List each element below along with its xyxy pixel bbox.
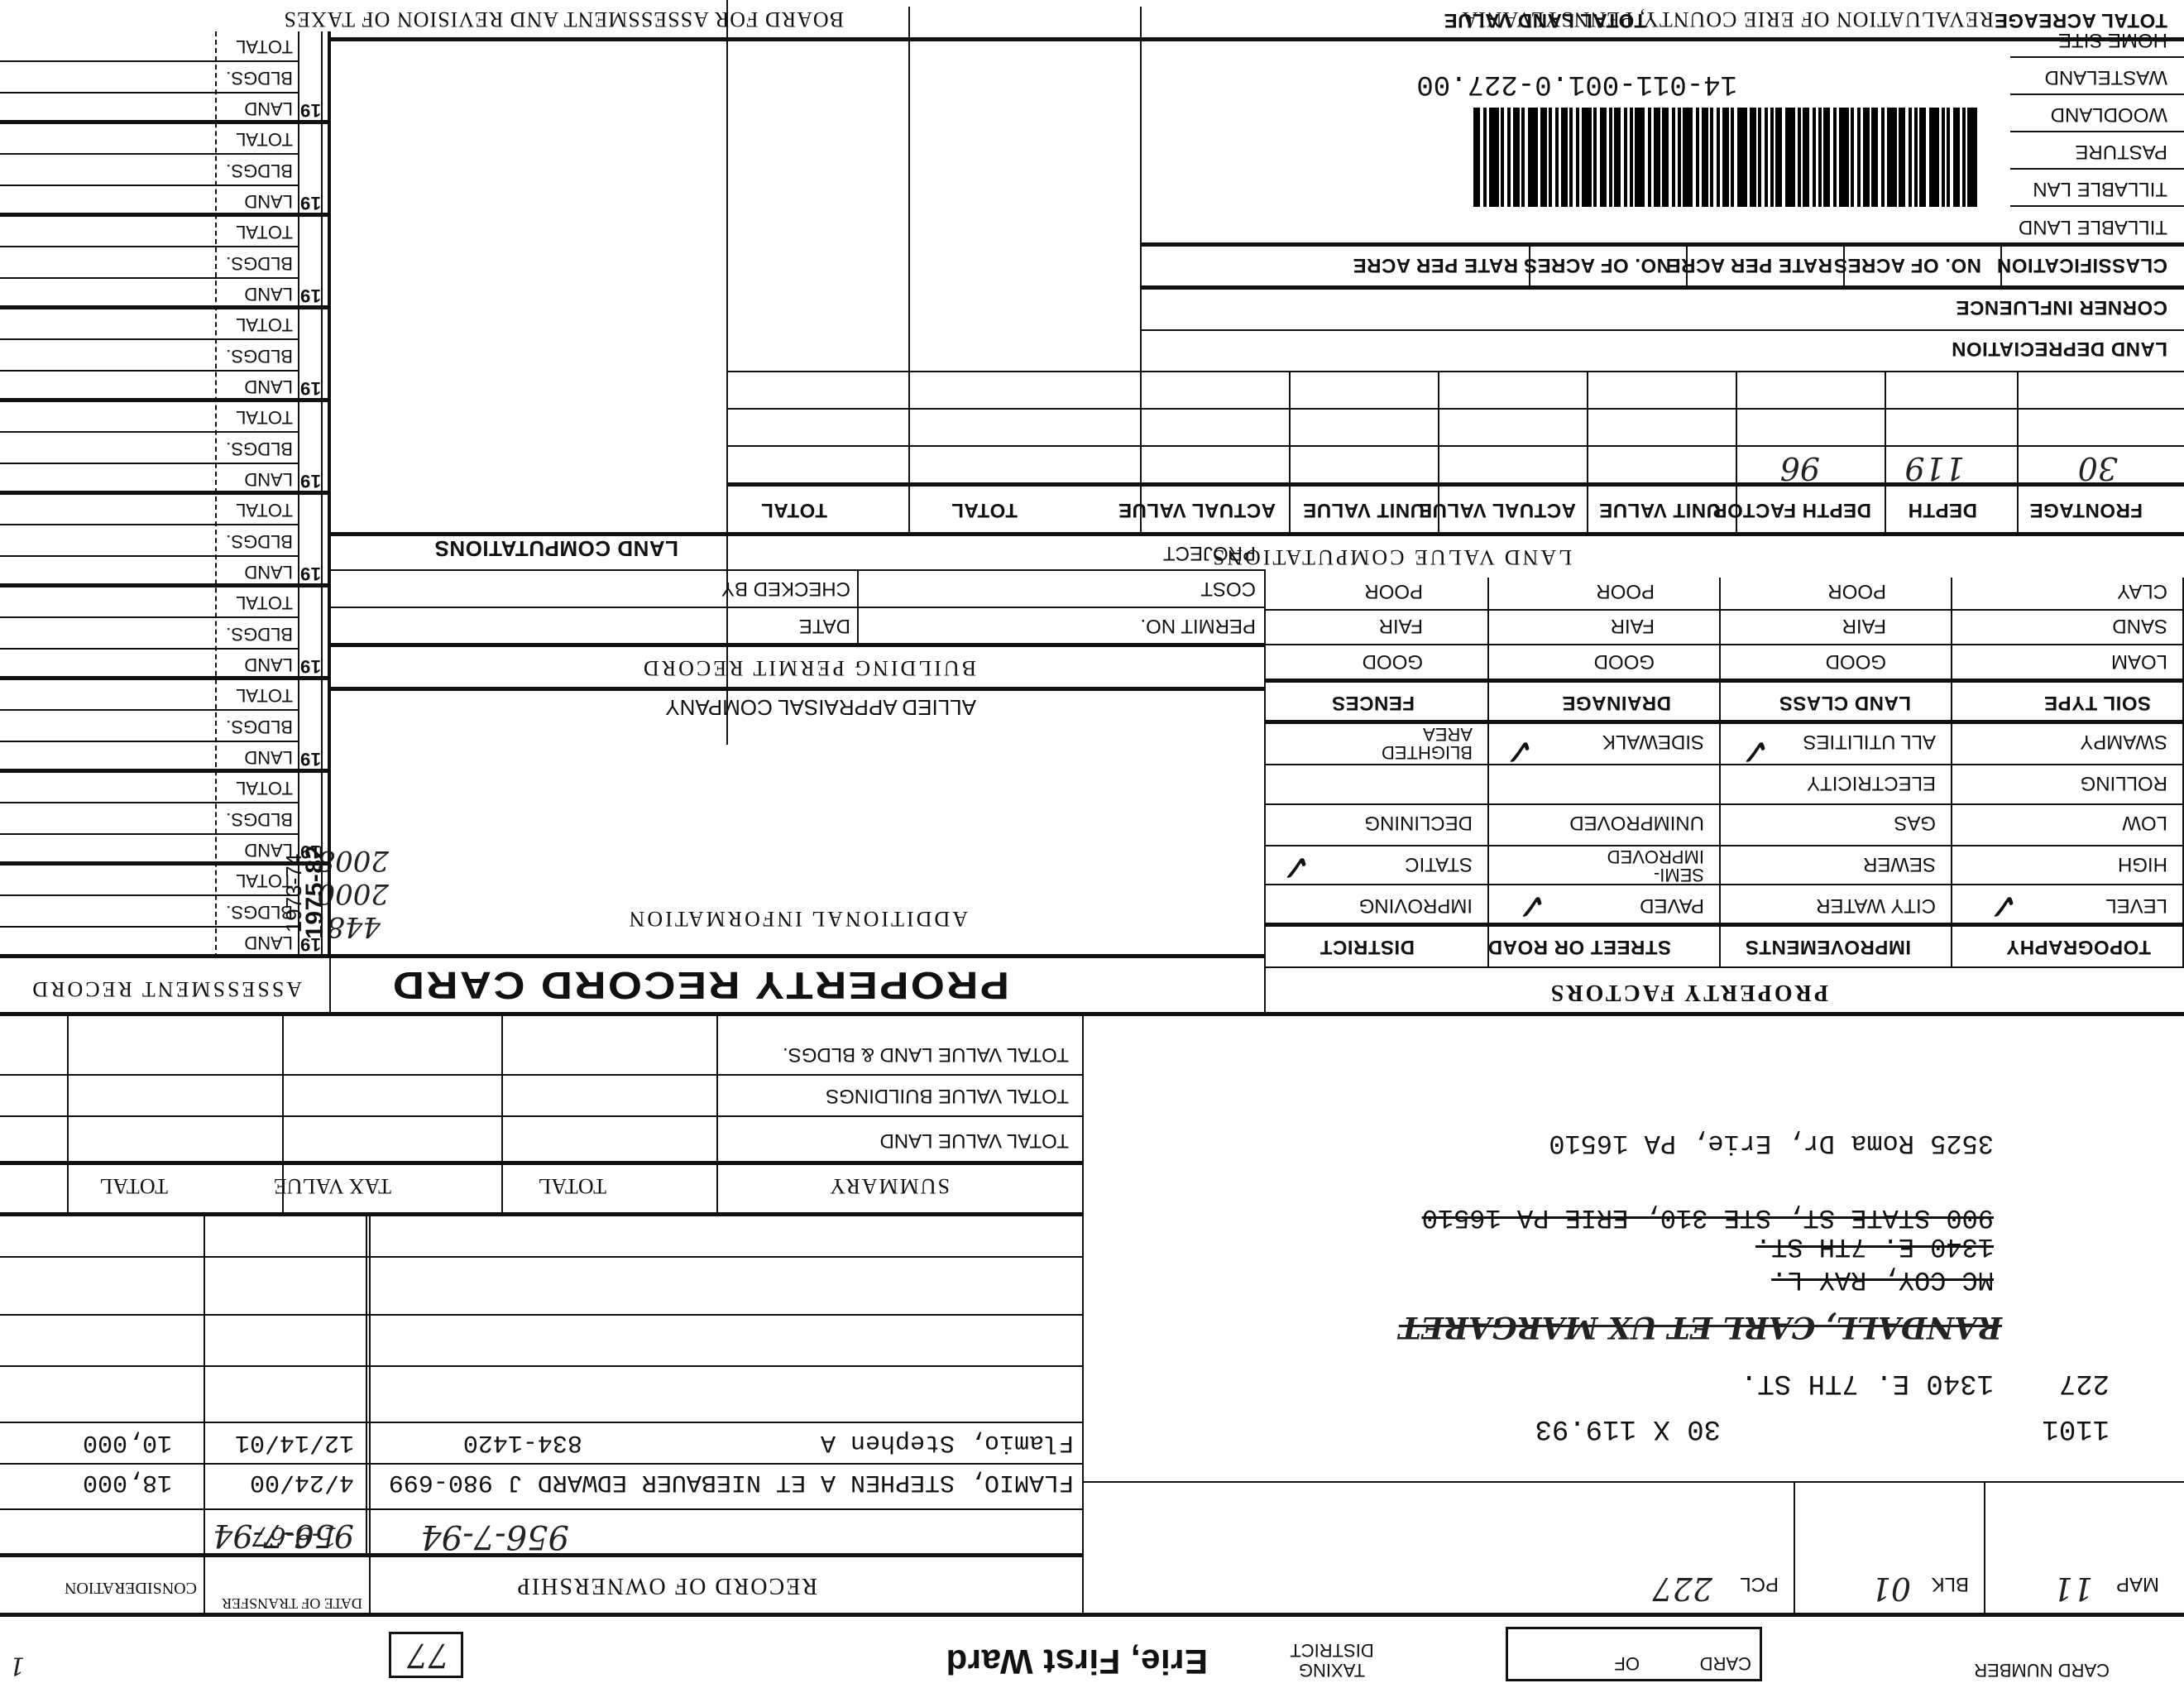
assessment-row-bldgs: BLDGS.	[226, 252, 293, 274]
corner-influence-label: CORNER INFLUENCE	[1956, 295, 2167, 319]
property-factors-grid: TOPOGRAPHY IMPROVEMENTS STREET OR ROAD D…	[1266, 578, 2184, 966]
barcode-bar	[1710, 108, 1713, 207]
pf-header-topography: TOPOGRAPHY	[2006, 935, 2151, 958]
barcode-bar	[1555, 108, 1559, 207]
rate-col-2: RATE PER ACRE	[1353, 253, 1518, 276]
owner-history-3: 900 STATE ST, STE 310, ERIE PA 16510	[1422, 1202, 1994, 1233]
parcel-box: MAP 11 BLK 01 PCL 227	[1084, 1483, 2184, 1615]
barcode-bar	[1683, 108, 1693, 207]
allied-appraisal-company: ALLIED APPRAISAL COMPANY	[665, 694, 976, 720]
barcode-bar	[1953, 108, 1960, 207]
taxing-district-label: TAXING DISTRICT	[1274, 1640, 1390, 1680]
drainage-fair: FAIR	[1611, 614, 1655, 637]
acres-col-1: NO. OF ACRES	[1834, 253, 1981, 276]
assessment-year-prefix: 19	[300, 192, 321, 213]
assessment-row-land: LAND	[244, 654, 293, 675]
barcode-bar	[1909, 108, 1912, 207]
pf-header-improvements: IMPROVEMENTS	[1745, 935, 1911, 958]
parcel-barcode	[1324, 108, 1977, 207]
lvc-col-unit-value-2: UNIT VALUE	[1303, 498, 1425, 521]
barcode-bar	[1851, 108, 1854, 207]
barcode-bar	[1624, 108, 1627, 207]
pf-all-utilities: ALL UTILITIES	[1803, 730, 1937, 753]
summary-col-total-2: TOTAL	[99, 1173, 168, 1198]
assessment-row-land: LAND	[244, 561, 293, 583]
barcode-bar	[1696, 108, 1699, 207]
barcode-bar	[1654, 108, 1660, 207]
barcode-bar	[1473, 108, 1480, 207]
assessment-year-prefix: 19	[300, 470, 321, 492]
land-computations-title: LAND COMPUTATIONS	[434, 535, 678, 561]
soil-header-drainage: DRAINAGE	[1562, 691, 1671, 714]
check-icon: ✓	[1516, 885, 1547, 927]
lot-dimensions: 30 X 119.93	[1535, 1412, 1721, 1444]
additional-info-title: ADDITIONAL INFORMATION	[627, 906, 968, 931]
barcode-bar	[1967, 108, 1977, 207]
pf-header-street: STREET OR ROAD	[1487, 935, 1671, 958]
building-permit-title: BUILDING PERMIT RECORD	[641, 655, 976, 680]
assessment-year-prefix: 19	[300, 563, 321, 584]
acres-col-2: NO. OF ACRES	[1524, 253, 1671, 276]
barcode-bar	[1887, 108, 1897, 207]
check-icon: ✓	[1504, 730, 1535, 772]
card-label: CARD	[1700, 1652, 1751, 1674]
card-title: PROPERTY RECORD CARD	[391, 963, 1010, 1008]
pf-high: HIGH	[2118, 852, 2167, 875]
barcode-bar	[1600, 108, 1607, 207]
pf-level: LEVEL	[2105, 894, 2167, 917]
lvc-frontage-value: 30	[2078, 450, 2118, 487]
pcl-label: PCL	[1740, 1572, 1779, 1595]
ownership-row-1-consideration: 18,000	[83, 1468, 172, 1496]
taxing-district-value: Erie, First Ward	[946, 1642, 1208, 1681]
assessment-row-bldgs: BLDGS.	[226, 160, 293, 181]
barcode-bar	[1785, 108, 1795, 207]
barcode-bar	[1521, 108, 1525, 207]
ownership-row-2-date: 12/14/01	[235, 1428, 354, 1456]
land-class-fair: FAIR	[1842, 614, 1886, 637]
barcode-bar	[1513, 108, 1520, 207]
land-depreciation-label: LAND DEPRECIATION	[1952, 337, 2167, 360]
assessment-year-prefix: 19	[300, 99, 321, 121]
barcode-bar	[1823, 108, 1830, 207]
barcode-bar	[1750, 108, 1756, 207]
barcode-bar	[1947, 108, 1950, 207]
district-code: 1101	[2042, 1412, 2110, 1444]
lvc-col-total-2: TOTAL	[761, 498, 827, 521]
handwritten-note-3: 448	[327, 910, 381, 943]
barcode-bar	[1839, 108, 1849, 207]
drainage-poor: POOR	[1596, 579, 1655, 602]
barcode-bar	[1758, 108, 1761, 207]
barcode-bar	[1561, 108, 1568, 207]
property-address: 1340 E. 7TH ST.	[1741, 1367, 1994, 1398]
barcode-bar	[1914, 108, 1918, 207]
barcode-bar	[1775, 108, 1782, 207]
total-acreage-label: TOTAL ACREAGE	[1994, 8, 2167, 31]
pf-static: STATIC	[1405, 852, 1473, 875]
barcode-bar	[1962, 108, 1966, 207]
barcode-bar	[1614, 108, 1621, 207]
pf-gas: GAS	[1894, 811, 1936, 834]
barcode-bar	[1813, 108, 1816, 207]
date-of-transfer-header: DATE OF TRANSFER	[222, 1595, 362, 1612]
barcode-bar	[1593, 108, 1597, 207]
barcode-bar	[1899, 108, 1905, 207]
card-of-box: CARD OF	[1506, 1627, 1762, 1681]
check-icon: ✓	[1740, 730, 1770, 772]
assessment-stamp: 1973-74	[271, 844, 296, 943]
permit-date-label: DATE	[799, 614, 850, 637]
barcode-bar	[1702, 108, 1708, 207]
boxed-number: 77	[389, 1632, 463, 1678]
parcel-number: 227	[2059, 1367, 2110, 1398]
blk-label: BLK	[1932, 1572, 1969, 1595]
ownership-row-0-owner: 956-7-94	[420, 1518, 569, 1556]
total-land-value-label: TOTAL LAND VALUE	[1444, 8, 1646, 31]
barcode-bar	[1549, 108, 1552, 207]
lvc-col-frontage: FRONTAGE	[2029, 498, 2143, 521]
soil-header-land-class: LAND CLASS	[1779, 691, 1911, 714]
property-factors-title: PROPERTY FACTORS	[1549, 979, 1828, 1005]
barcode-bar	[1942, 108, 1945, 207]
lvc-header: FRONTAGE DEPTH DEPTH FACTOR UNIT VALUE A…	[728, 487, 2184, 536]
barcode-bar	[1635, 108, 1645, 207]
summary-row-land: TOTAL VALUE LAND	[879, 1129, 1069, 1152]
assessment-row-bldgs: BLDGS.	[226, 438, 293, 459]
pf-improving: IMPROVING	[1359, 894, 1473, 917]
barcode-bar	[1871, 108, 1878, 207]
fences-poor: POOR	[1364, 579, 1423, 602]
stamp-1973-74: 1973-74	[281, 854, 307, 933]
land-class-poor: POOR	[1827, 579, 1886, 602]
permit-no-label: PERMIT NO.	[1140, 614, 1256, 637]
pf-swampy: SWAMPY	[2080, 730, 2167, 753]
soil-loam: LOAM	[2111, 650, 2167, 673]
lvc-col-total-1: TOTAL	[951, 498, 1018, 521]
assessment-row-total: TOTAL	[236, 684, 293, 706]
lvc-col-depth: DEPTH	[1908, 498, 1977, 521]
assessment-row-bldgs: BLDGS.	[226, 623, 293, 645]
parcel-id-text: 14-011-001.0-227.00	[1416, 68, 1737, 99]
assessment-row-total: TOTAL	[236, 36, 293, 57]
pf-sewer: SEWER	[1863, 852, 1936, 875]
barcode-bar	[1857, 108, 1861, 207]
check-icon: ✓	[1281, 846, 1311, 888]
assessment-year-prefix: 19	[300, 377, 321, 399]
lvc-col-unit-value-1: UNIT VALUE	[1599, 498, 1721, 521]
soil-sand: SAND	[2112, 614, 2167, 637]
barcode-bar	[1770, 108, 1774, 207]
corner-mark: 1	[9, 1651, 25, 1680]
pf-electricity: ELECTRICITY	[1807, 771, 1936, 794]
class-wasteland: WASTELAND	[2045, 65, 2167, 89]
fences-fair: FAIR	[1379, 614, 1423, 637]
property-record-card: CARD NUMBER CARD OF TAXING DISTRICT Erie…	[0, 0, 2184, 1688]
map-label: MAP	[2116, 1572, 2159, 1595]
rate-col-1: RATE PER ACRE	[1667, 253, 1832, 276]
assessment-year-prefix: 19	[300, 285, 321, 306]
barcode-bar	[1528, 108, 1538, 207]
barcode-bar	[1648, 108, 1651, 207]
assessment-row-land: LAND	[244, 190, 293, 212]
barcode-bar	[1540, 108, 1547, 207]
assessment-row-bldgs: BLDGS.	[226, 345, 293, 367]
summary-row-buildings: TOTAL VALUE BUILDINGS	[826, 1084, 1069, 1107]
barcode-bar	[1881, 108, 1885, 207]
barcode-bar	[1803, 108, 1809, 207]
class-tillable-land: TILLABLE LAND	[2019, 215, 2167, 238]
pf-unimproved: UNIMPROVED	[1569, 811, 1704, 834]
pf-blighted-area: BLIGHTED AREA	[1382, 725, 1473, 761]
barcode-bar	[1483, 108, 1487, 207]
ownership-row-0-date: 1-9-67	[252, 1521, 338, 1552]
assessment-record-title: ASSESSMENT RECORD	[30, 976, 302, 1001]
lvc-col-actual-value-2: ACTUAL VALUE	[1118, 498, 1276, 521]
lvc-depth-value: 119	[1904, 450, 1965, 487]
map-value: 11	[2053, 1571, 2093, 1607]
pf-low: LOW	[2122, 811, 2167, 834]
pcl-value: 227	[1652, 1571, 1712, 1607]
assessment-row-total: TOTAL	[236, 314, 293, 335]
summary-col-tax-1: TAX VALUE	[274, 1173, 391, 1198]
pf-header-district: DISTRICT	[1319, 935, 1415, 958]
barcode-bar	[1630, 108, 1633, 207]
soil-clay: CLAY	[2117, 579, 2167, 602]
barcode-bar	[1863, 108, 1870, 207]
assessment-row-bldgs: BLDGS.	[226, 530, 293, 552]
class-tillable-lan: TILLABLE LAN	[2033, 177, 2167, 200]
summary-table: SUMMARY TOTAL TAX VALUE TOTAL TAX VALUE …	[0, 1016, 1082, 1215]
current-mailing-address: 3525 Roma Dr, Erie, PA 16510	[1549, 1128, 1994, 1158]
barcode-bar	[1582, 108, 1592, 207]
assessment-year-prefix: 19	[300, 655, 321, 677]
assessment-row-total: TOTAL	[236, 406, 293, 428]
pf-sidewalk: SIDEWALK	[1602, 730, 1704, 753]
class-pasture: PASTURE	[2075, 140, 2167, 163]
pf-city-water: CITY WATER	[1816, 894, 1936, 917]
pf-rolling: ROLLING	[2081, 771, 2167, 794]
check-icon: ✓	[1988, 885, 2019, 927]
assessment-row-land: LAND	[244, 468, 293, 490]
summary-row-total: TOTAL VALUE LAND & BLDGS.	[783, 1043, 1069, 1066]
assessment-row-bldgs: BLDGS.	[226, 67, 293, 89]
fences-good: GOOD	[1363, 650, 1423, 673]
barcode-bar	[1569, 108, 1573, 207]
of-label: OF	[1614, 1652, 1640, 1674]
permit-cost-label: COST	[1200, 577, 1256, 600]
owner-history-2: 1340 E. 7TH ST.	[1755, 1231, 1994, 1262]
assessment-row-total: TOTAL	[236, 499, 293, 520]
lvc-col-actual-value-1: ACTUAL VALUE	[1419, 498, 1576, 521]
drainage-good: GOOD	[1594, 650, 1655, 673]
permit-checked-by-label: CHECKED BY	[721, 577, 850, 600]
pf-declining: DECLINING	[1364, 811, 1473, 834]
barcode-bar	[1722, 108, 1729, 207]
assessment-row-land: LAND	[244, 746, 293, 768]
ownership-title: RECORD OF OWNERSHIP	[515, 1572, 817, 1599]
summary-header: SUMMARY	[828, 1173, 950, 1198]
barcode-bar	[1501, 108, 1504, 207]
ownership-table: 956-7-94 956-7-94 1-9-67 FLAMIO, STEPHEN…	[0, 1216, 1082, 1556]
owner-history-1: MC COY, RAY L.	[1771, 1264, 1994, 1295]
ownership-row-2-owner: Flamio, Stephen A 834-1420	[463, 1428, 1074, 1456]
barcode-bar	[1576, 108, 1579, 207]
soil-header-type: SOIL TYPE	[2044, 691, 2151, 714]
assessment-row-total: TOTAL	[236, 128, 293, 150]
barcode-bar	[1765, 108, 1768, 207]
barcode-bar	[1737, 108, 1747, 207]
barcode-bar	[1489, 108, 1499, 207]
barcode-bar	[1717, 108, 1720, 207]
ownership-row-2-consideration: 10,000	[83, 1428, 172, 1456]
land-value-computations-title: LAND VALUE COMPUTATIONS	[1210, 544, 1572, 569]
barcode-bar	[1662, 108, 1669, 207]
assessment-row-total: TOTAL	[236, 592, 293, 613]
barcode-bar	[1609, 108, 1612, 207]
assessment-row-land: LAND	[244, 283, 293, 305]
class-woodland: WOODLAND	[2051, 103, 2167, 126]
card-number-label: CARD NUMBER	[1974, 1660, 2110, 1680]
classification-header: CLASSIFICATION NO. OF ACRES RATE PER ACR…	[1142, 247, 2184, 288]
assessment-row-total: TOTAL	[236, 777, 293, 798]
barcode-bar	[1731, 108, 1734, 207]
barcode-bar	[1919, 108, 1926, 207]
pf-paved: PAVED	[1640, 894, 1704, 917]
barcode-bar	[1929, 108, 1939, 207]
assessment-row-land: LAND	[244, 98, 293, 119]
barcode-bar	[1818, 108, 1822, 207]
barcode-bar	[1672, 108, 1675, 207]
assessment-row-bldgs: BLDGS.	[226, 808, 293, 830]
consideration-header: CONSIDERATION	[65, 1578, 197, 1597]
classification-col: CLASSIFICATION	[1996, 253, 2167, 276]
summary-col-total-1: TOTAL	[538, 1173, 606, 1198]
pf-semi-improved: SEMI-IMPROVED	[1605, 847, 1704, 884]
ownership-row-1-owner: FLAMIO, STEPHEN A ET NIEBAUER EDWARD J 9…	[389, 1468, 1074, 1496]
owner-history-0: RANDALL, CARL ET UX MARGARET	[1399, 1310, 2002, 1345]
land-class-good: GOOD	[1826, 650, 1886, 673]
soil-header-fences: FENCES	[1332, 691, 1415, 714]
assessment-row-total: TOTAL	[236, 221, 293, 242]
barcode-bar	[1507, 108, 1511, 207]
blk-value: 01	[1871, 1571, 1911, 1607]
ownership-header: RECORD OF OWNERSHIP DATE OF TRANSFER CON…	[0, 1557, 1082, 1615]
address-block: 1101 30 X 119.93 227 1340 E. 7TH ST. RAN…	[1084, 1183, 2184, 1481]
barcode-bar	[1678, 108, 1681, 207]
barcode-bar	[1798, 108, 1801, 207]
assessment-row-land: LAND	[244, 376, 293, 397]
assessment-year-prefix: 19	[300, 748, 321, 770]
ownership-row-1-date: 4/24/00	[250, 1468, 354, 1496]
assessment-row-bldgs: BLDGS.	[226, 716, 293, 737]
assessment-record-grid: 19LANDBLDGS.TOTAL19LANDBLDGS.TOTAL19LAND…	[0, 31, 329, 958]
lvc-depth-factor-value: 96	[1780, 450, 1820, 487]
barcode-bar	[1833, 108, 1837, 207]
